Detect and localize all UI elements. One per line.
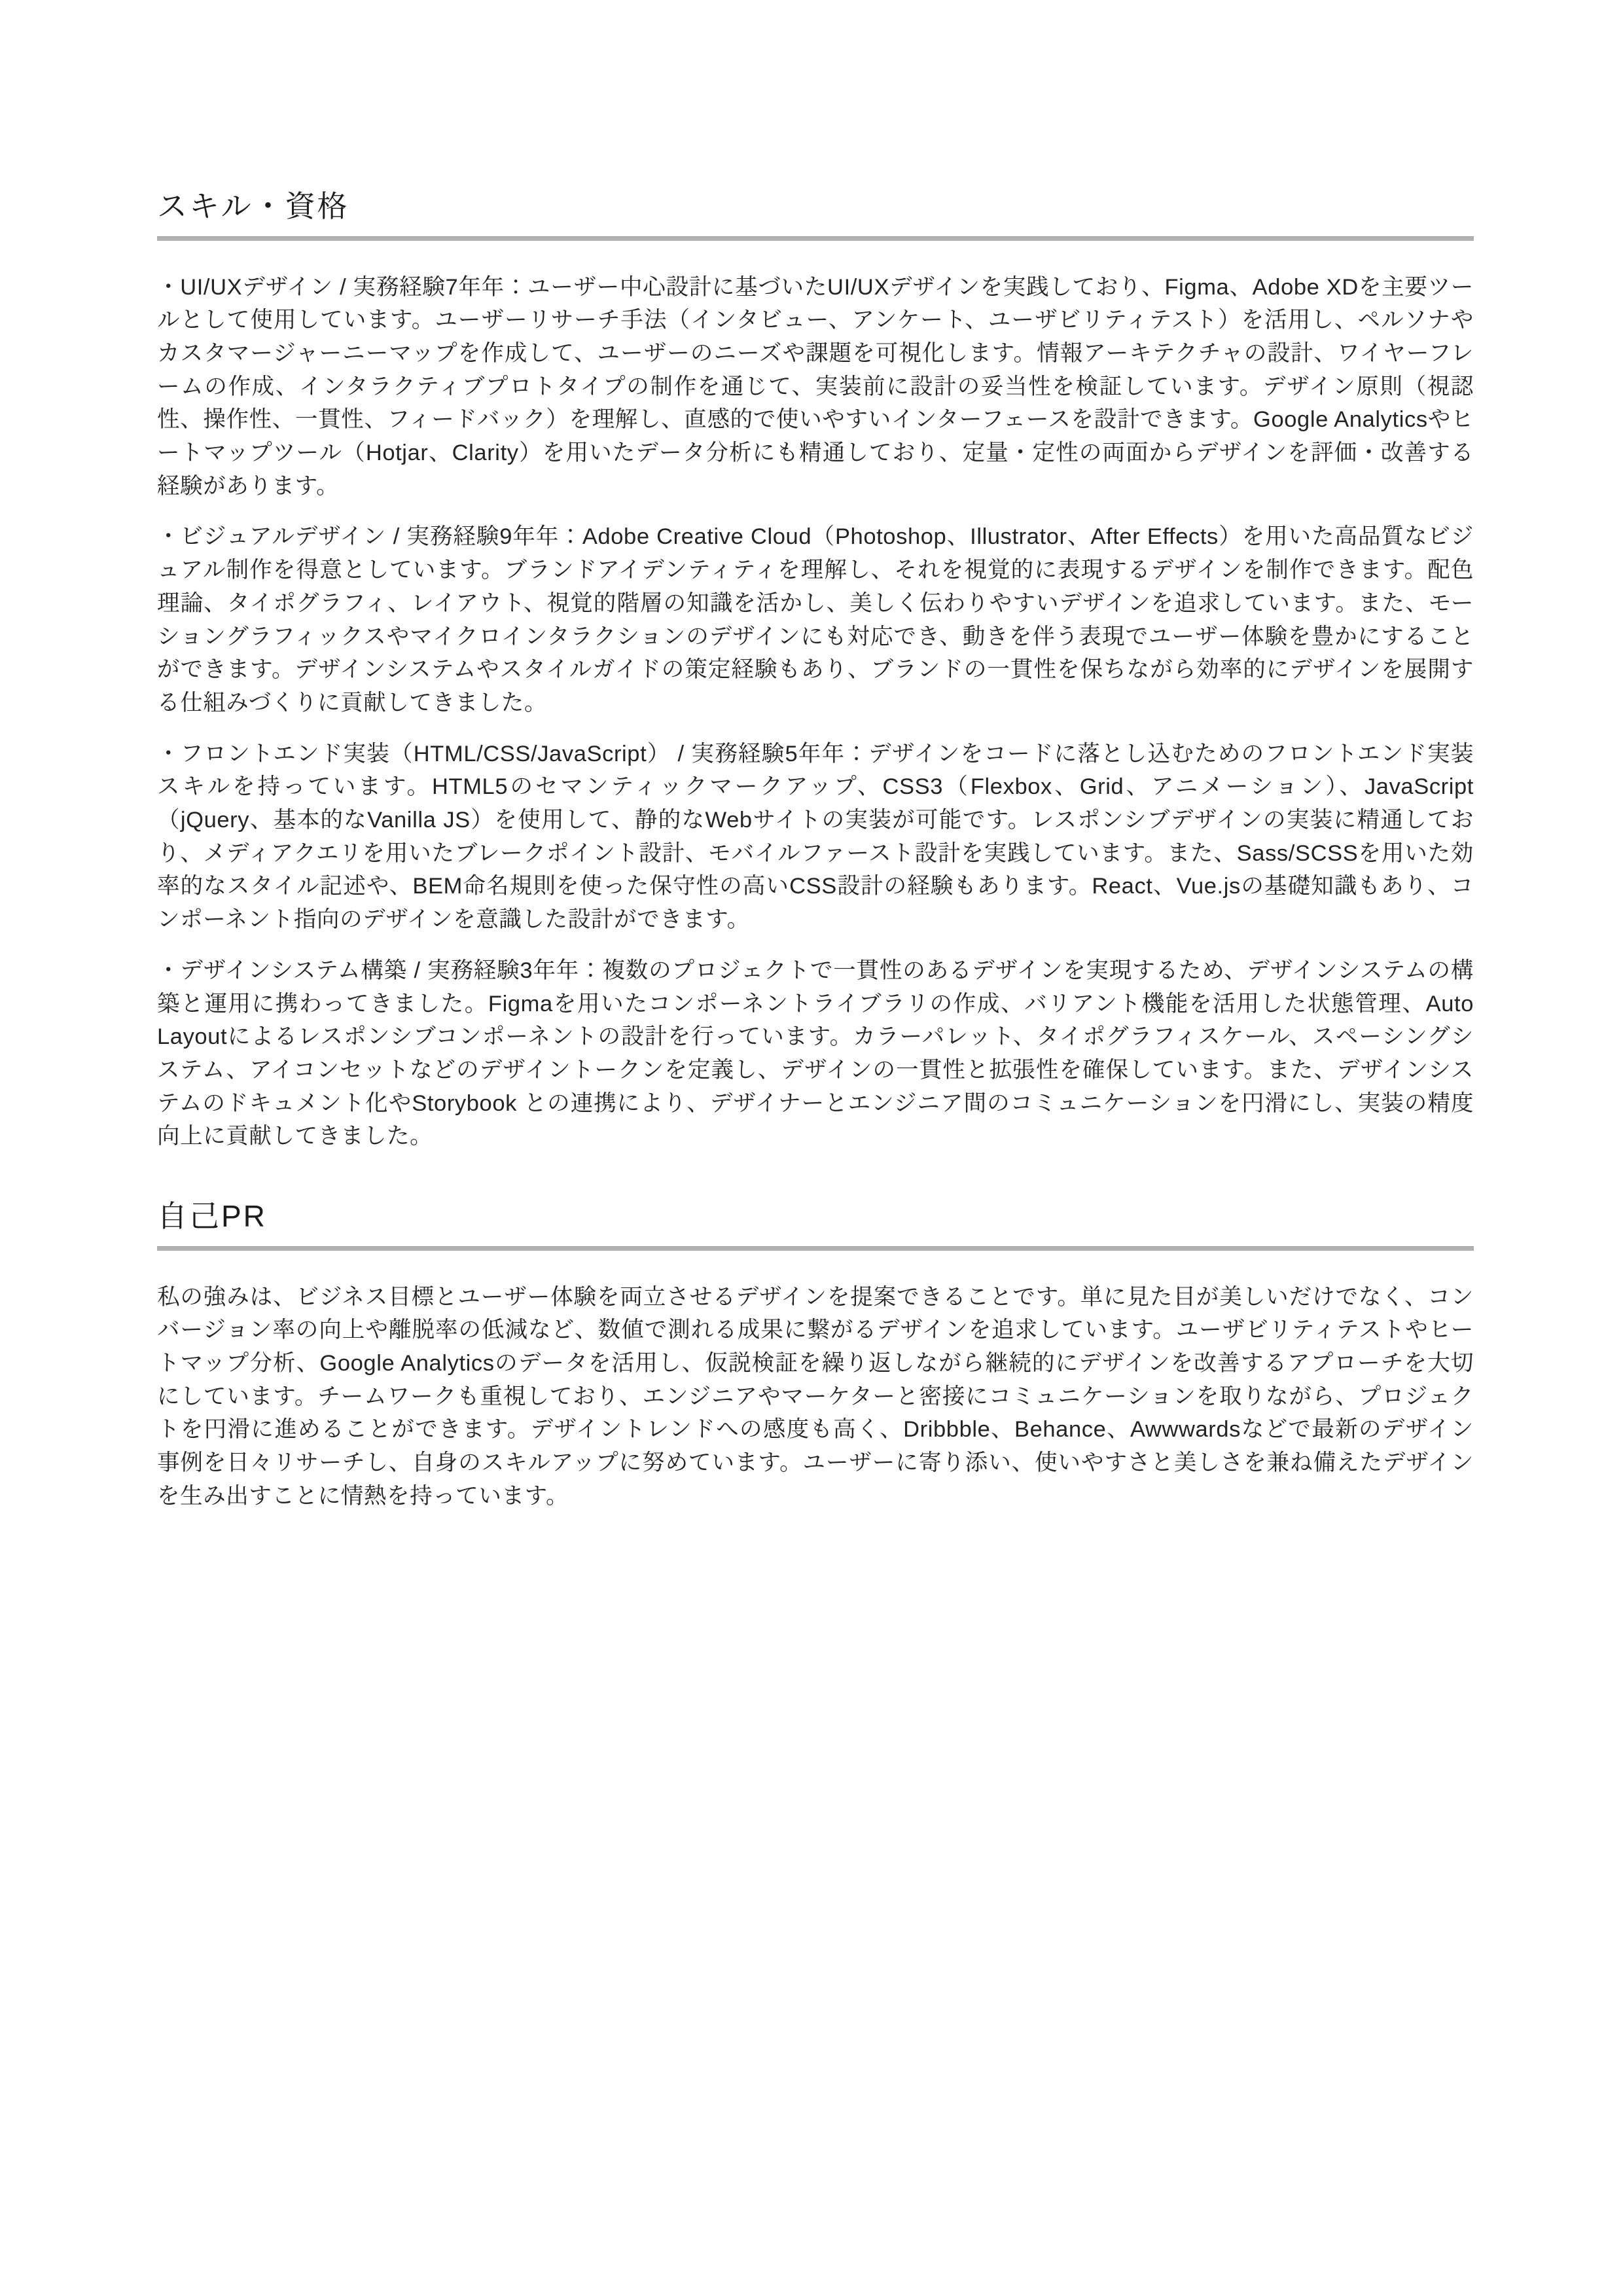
- section-self-pr: 自己PR 私の強みは、ビジネス目標とユーザー体験を両立させるデザインを提案できる…: [157, 1198, 1474, 1513]
- self-pr-section-body: 私の強みは、ビジネス目標とユーザー体験を両立させるデザインを提案できることです。…: [157, 1281, 1474, 1513]
- skill-paragraph-visual-design: ・ビジュアルデザイン / 実務経験9年年：Adobe Creative Clou…: [157, 520, 1474, 719]
- section-skills: スキル・資格 ・UI/UXデザイン / 実務経験7年年：ユーザー中心設計に基づい…: [157, 188, 1474, 1153]
- skill-paragraph-uiux: ・UI/UXデザイン / 実務経験7年年：ユーザー中心設計に基づいたUI/UXデ…: [157, 271, 1474, 503]
- skill-paragraph-frontend: ・フロントエンド実装（HTML/CSS/JavaScript） / 実務経験5年…: [157, 738, 1474, 937]
- resume-page: スキル・資格 ・UI/UXデザイン / 実務経験7年年：ユーザー中心設計に基づい…: [0, 0, 1623, 2296]
- skill-paragraph-design-system: ・デザインシステム構築 / 実務経験3年年：複数のプロジェクトで一貫性のあるデザ…: [157, 954, 1474, 1153]
- section-title-divider: [157, 1246, 1474, 1251]
- skills-section-title: スキル・資格: [157, 188, 1474, 226]
- skills-section-body: ・UI/UXデザイン / 実務経験7年年：ユーザー中心設計に基づいたUI/UXデ…: [157, 271, 1474, 1154]
- resume-content: スキル・資格 ・UI/UXデザイン / 実務経験7年年：ユーザー中心設計に基づい…: [157, 188, 1474, 1513]
- self-pr-paragraph: 私の強みは、ビジネス目標とユーザー体験を両立させるデザインを提案できることです。…: [157, 1281, 1474, 1513]
- section-title-divider: [157, 236, 1474, 241]
- self-pr-section-title: 自己PR: [157, 1198, 1474, 1236]
